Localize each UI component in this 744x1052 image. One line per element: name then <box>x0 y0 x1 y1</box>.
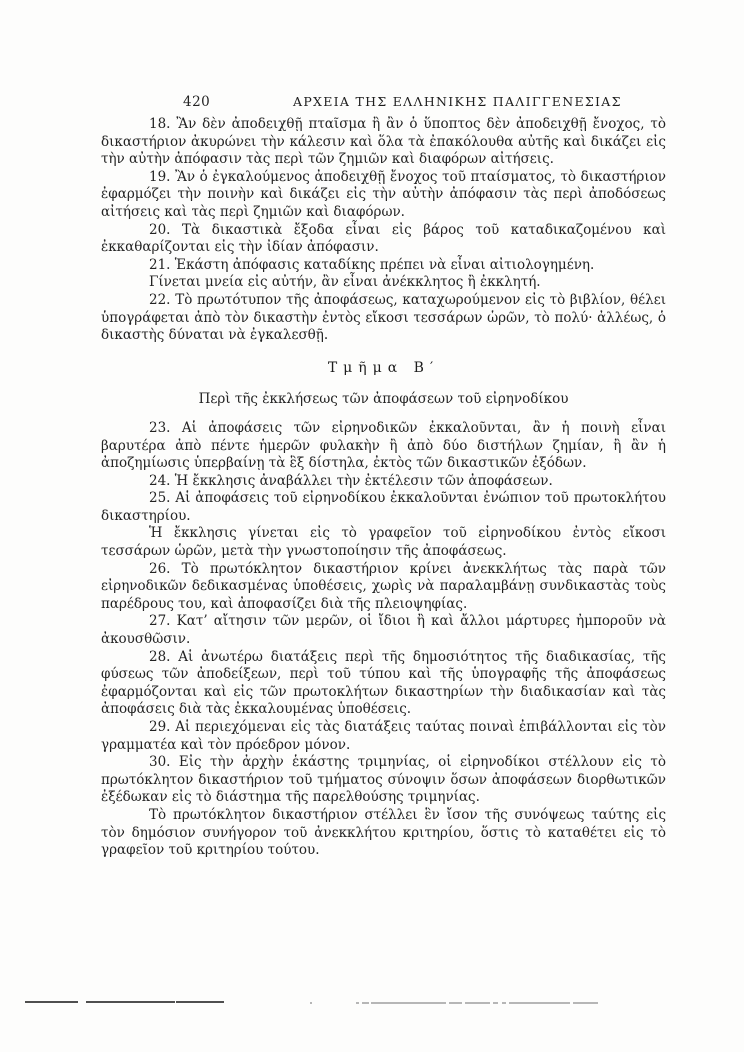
paragraph: 18. Ἂν δὲν ἀποδειχθῇ πταῖσμα ἢ ἂν ὁ ὕποπ… <box>101 116 666 169</box>
paragraph: Γίνεται μνεία εἰς αὐτήν, ἂν εἶναι ἀνέκκλ… <box>101 274 666 292</box>
paragraph: 20. Τὰ δικαστικὰ ἔξοδα εἶναι εἰς βάρος τ… <box>101 222 666 257</box>
running-title: ΑΡΧΕΙΑ ΤΗΣ ΕΛΛΗΝΙΚΗΣ ΠΑΛΙΓΓΕΝΕΣΙΑΣ <box>293 94 583 109</box>
scan-artifact-line <box>509 1002 570 1004</box>
scan-artifact-line <box>493 1002 498 1004</box>
paragraph: 23. Αἱ ἀποφάσεις τῶν εἰρηνοδικῶν ἐκκαλοῦ… <box>101 420 666 473</box>
scan-artifact-dot <box>310 1002 312 1004</box>
paragraph: 19. Ἂν ὁ ἐγκαλούμενος ἀποδειχθῇ ἔνοχος τ… <box>101 169 666 222</box>
articles-23-30: 23. Αἱ ἀποφάσεις τῶν εἰρηνοδικῶν ἐκκαλοῦ… <box>101 420 666 860</box>
scan-artifact-line <box>449 1002 462 1004</box>
scan-artifact-line <box>25 1001 78 1003</box>
paragraph: 24. Ἡ ἔκκλησις ἀναβάλλει τὴν ἐκτέλεσιν τ… <box>101 473 666 491</box>
scan-artifact-line <box>86 1001 175 1003</box>
paragraph: 21. Ἑκάστη ἀπόφασις καταδίκης πρέπει νὰ … <box>101 257 666 275</box>
scan-artifact-line <box>362 1002 369 1004</box>
scan-artifact-line <box>502 1002 506 1004</box>
paragraph: 30. Εἰς τὴν ἀρχὴν ἑκάστης τριμηνίας, οἱ … <box>101 754 666 807</box>
scan-artifact-line <box>465 1002 490 1004</box>
running-header: 420 ΑΡΧΕΙΑ ΤΗΣ ΕΛΛΗΝΙΚΗΣ ΠΑΛΙΓΓΕΝΕΣΙΑΣ <box>0 92 744 110</box>
paragraph: Ἡ ἔκκλησις γίνεται εἰς τὸ γραφεῖον τοῦ ε… <box>101 525 666 560</box>
scan-artifact-line <box>573 1002 598 1004</box>
scan-artifact-line <box>356 1002 359 1004</box>
paragraph: 25. Αἱ ἀποφάσεις τοῦ εἰρηνοδίκου ἐκκαλοῦ… <box>101 490 666 525</box>
scan-artifact-line <box>371 1002 446 1004</box>
articles-18-22: 18. Ἂν δὲν ἀποδειχθῇ πταῖσμα ἢ ἂν ὁ ὕποπ… <box>101 116 666 345</box>
section-subtitle: Περὶ τῆς ἐκκλήσεως τῶν ἀποφάσεων τοῦ εἰρ… <box>101 391 666 409</box>
paragraph: 27. Κατ’ αἴτησιν τῶν μερῶν, οἱ ἴδιοι ἢ κ… <box>101 613 666 648</box>
paragraph: 28. Αἱ ἀνωτέρω διατάξεις περὶ τῆς δημοσι… <box>101 649 666 719</box>
scanned-document-page: 420 ΑΡΧΕΙΑ ΤΗΣ ΕΛΛΗΝΙΚΗΣ ΠΑΛΙΓΓΕΝΕΣΙΑΣ 1… <box>0 0 744 1052</box>
page-number: 420 <box>183 94 210 110</box>
paragraph: 29. Αἱ περιεχόμεναι εἰς τὰς διατάξεις τα… <box>101 719 666 754</box>
scan-artifact-line <box>176 1001 224 1003</box>
paragraph: 22. Τὸ πρωτότυπον τῆς ἀποφάσεως, καταχωρ… <box>101 292 666 345</box>
section-heading: Τμῆμα Β′ <box>101 360 666 378</box>
bottom-scan-artifacts <box>0 1001 744 1005</box>
paragraph: Τὸ πρωτόκλητον δικαστήριον στέλλει ἓν ἴσ… <box>101 807 666 860</box>
document-body: 18. Ἂν δὲν ἀποδειχθῇ πταῖσμα ἢ ἂν ὁ ὕποπ… <box>101 116 666 860</box>
paragraph: 26. Τὸ πρωτόκλητον δικαστήριον κρίνει ἀν… <box>101 561 666 614</box>
